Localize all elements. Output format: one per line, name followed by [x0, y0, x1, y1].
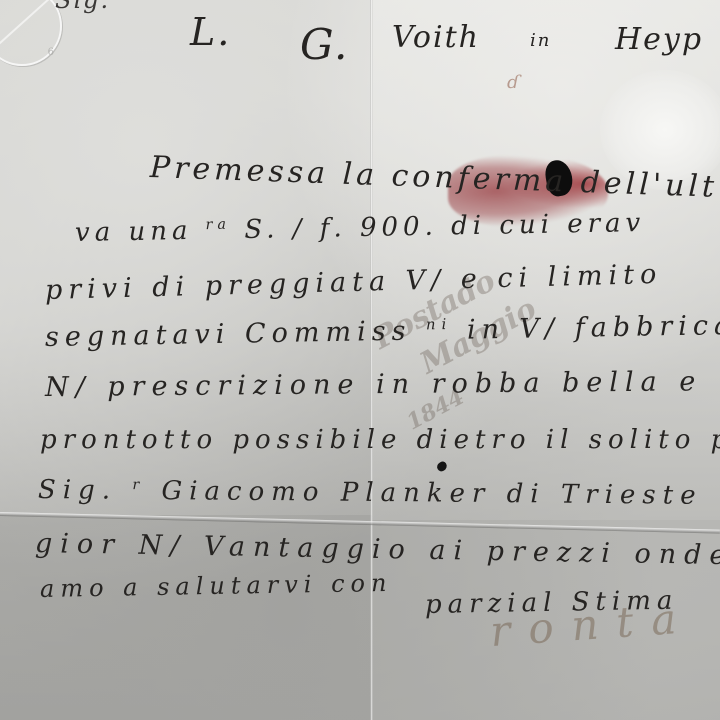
line-4-start: segnatavi Commiss	[45, 316, 412, 353]
embossed-stamp-text: 6	[48, 47, 54, 58]
address-name: Voith	[392, 20, 480, 55]
letter-line-7: Sig. r Giacomo Planker di Trieste	[38, 475, 703, 511]
line-7-superscript: r	[132, 477, 146, 493]
address-initial-2: G.	[300, 20, 349, 69]
line-4-rest: in V/ fabbrica	[467, 310, 720, 346]
line-2-start: va una	[75, 216, 193, 248]
line-7-rest: Giacomo Planker di Trieste	[161, 476, 702, 511]
line-7-start: Sig.	[38, 475, 117, 506]
brown-ink-mark: ɗ	[507, 72, 519, 93]
letter-page: 6 Postado Maggio 1844 ɗ ronta Sig. L. G.…	[0, 0, 720, 720]
line-2-superscript: ra	[205, 217, 231, 233]
vertical-fold-crease	[370, 0, 373, 720]
letter-line-5: N/ prescrizione in robba bella e	[45, 366, 703, 403]
letter-line-6: prontotto possibile dietro il solito p	[40, 425, 720, 455]
letter-closing: parzial Stima	[425, 586, 679, 620]
address-prefix: Sig.	[55, 0, 110, 14]
line-4-superscript: ni	[426, 315, 453, 333]
address-connector: in	[530, 30, 551, 51]
address-initial-1: L.	[190, 10, 231, 54]
address-place: Heyp	[615, 22, 703, 57]
embossed-stamp-icon: 6	[0, 0, 62, 66]
